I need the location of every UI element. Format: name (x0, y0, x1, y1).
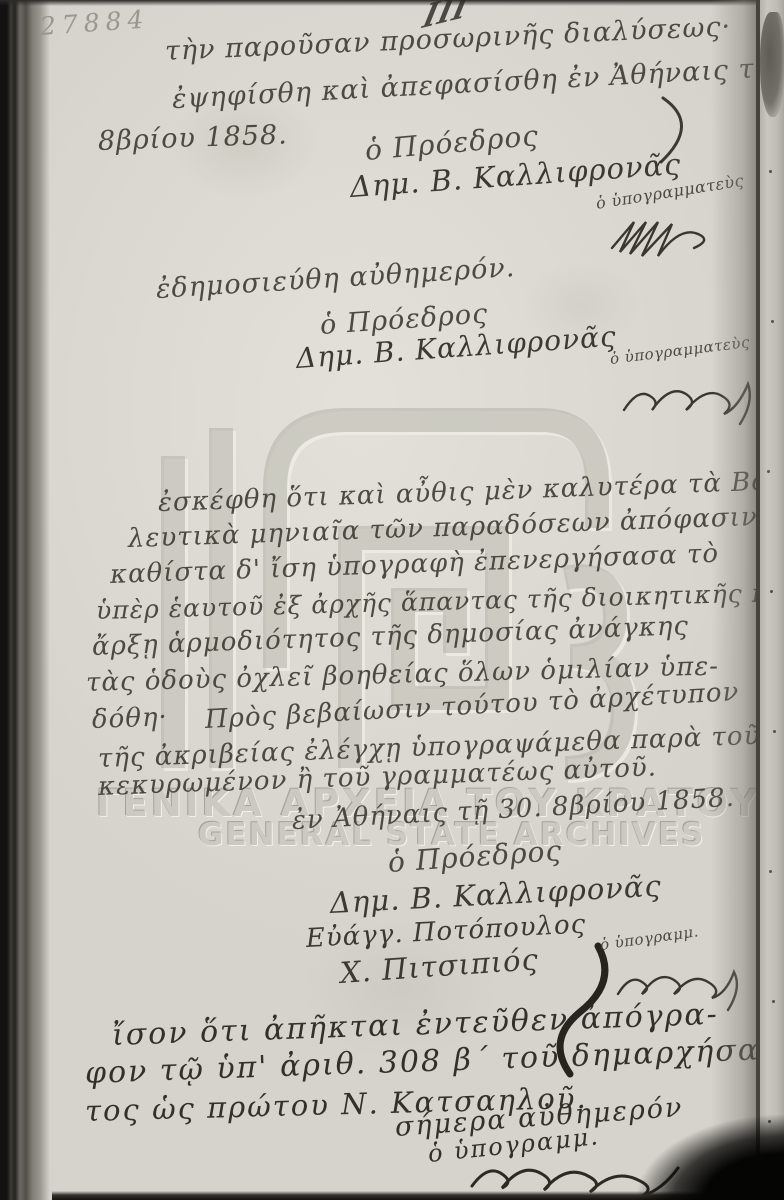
manuscript-scan-page: ΓΕΝΙΚΑ ΑΡΧΕΙΑ ΤΟΥ ΚΡΑΤΟΥΣ GENERAL STATE … (0, 0, 784, 1200)
marbled-edge-pattern (760, 12, 784, 117)
president-signature: Δημ. Β. Καλλιφρονᾶς (329, 869, 662, 920)
pencil-archive-number: 27884 (39, 4, 150, 41)
stacked-page-edges (760, 0, 784, 1200)
scan-top-edge (0, 0, 756, 6)
ink-flecks-on-page-edges (769, 170, 772, 173)
handwritten-line: ἐδημοσιεύθη αὐθημερόν. (155, 252, 516, 305)
body-line: δόθη· (91, 702, 168, 735)
black-corner-backdrop (594, 1090, 784, 1200)
handwritten-date: 8βρίου 1858. (97, 119, 288, 157)
page-curve-shadow (711, 0, 757, 1200)
secretary-title: ὁ ὑπογραμμ. (599, 922, 700, 954)
book-gutter-binding (0, 0, 50, 1200)
